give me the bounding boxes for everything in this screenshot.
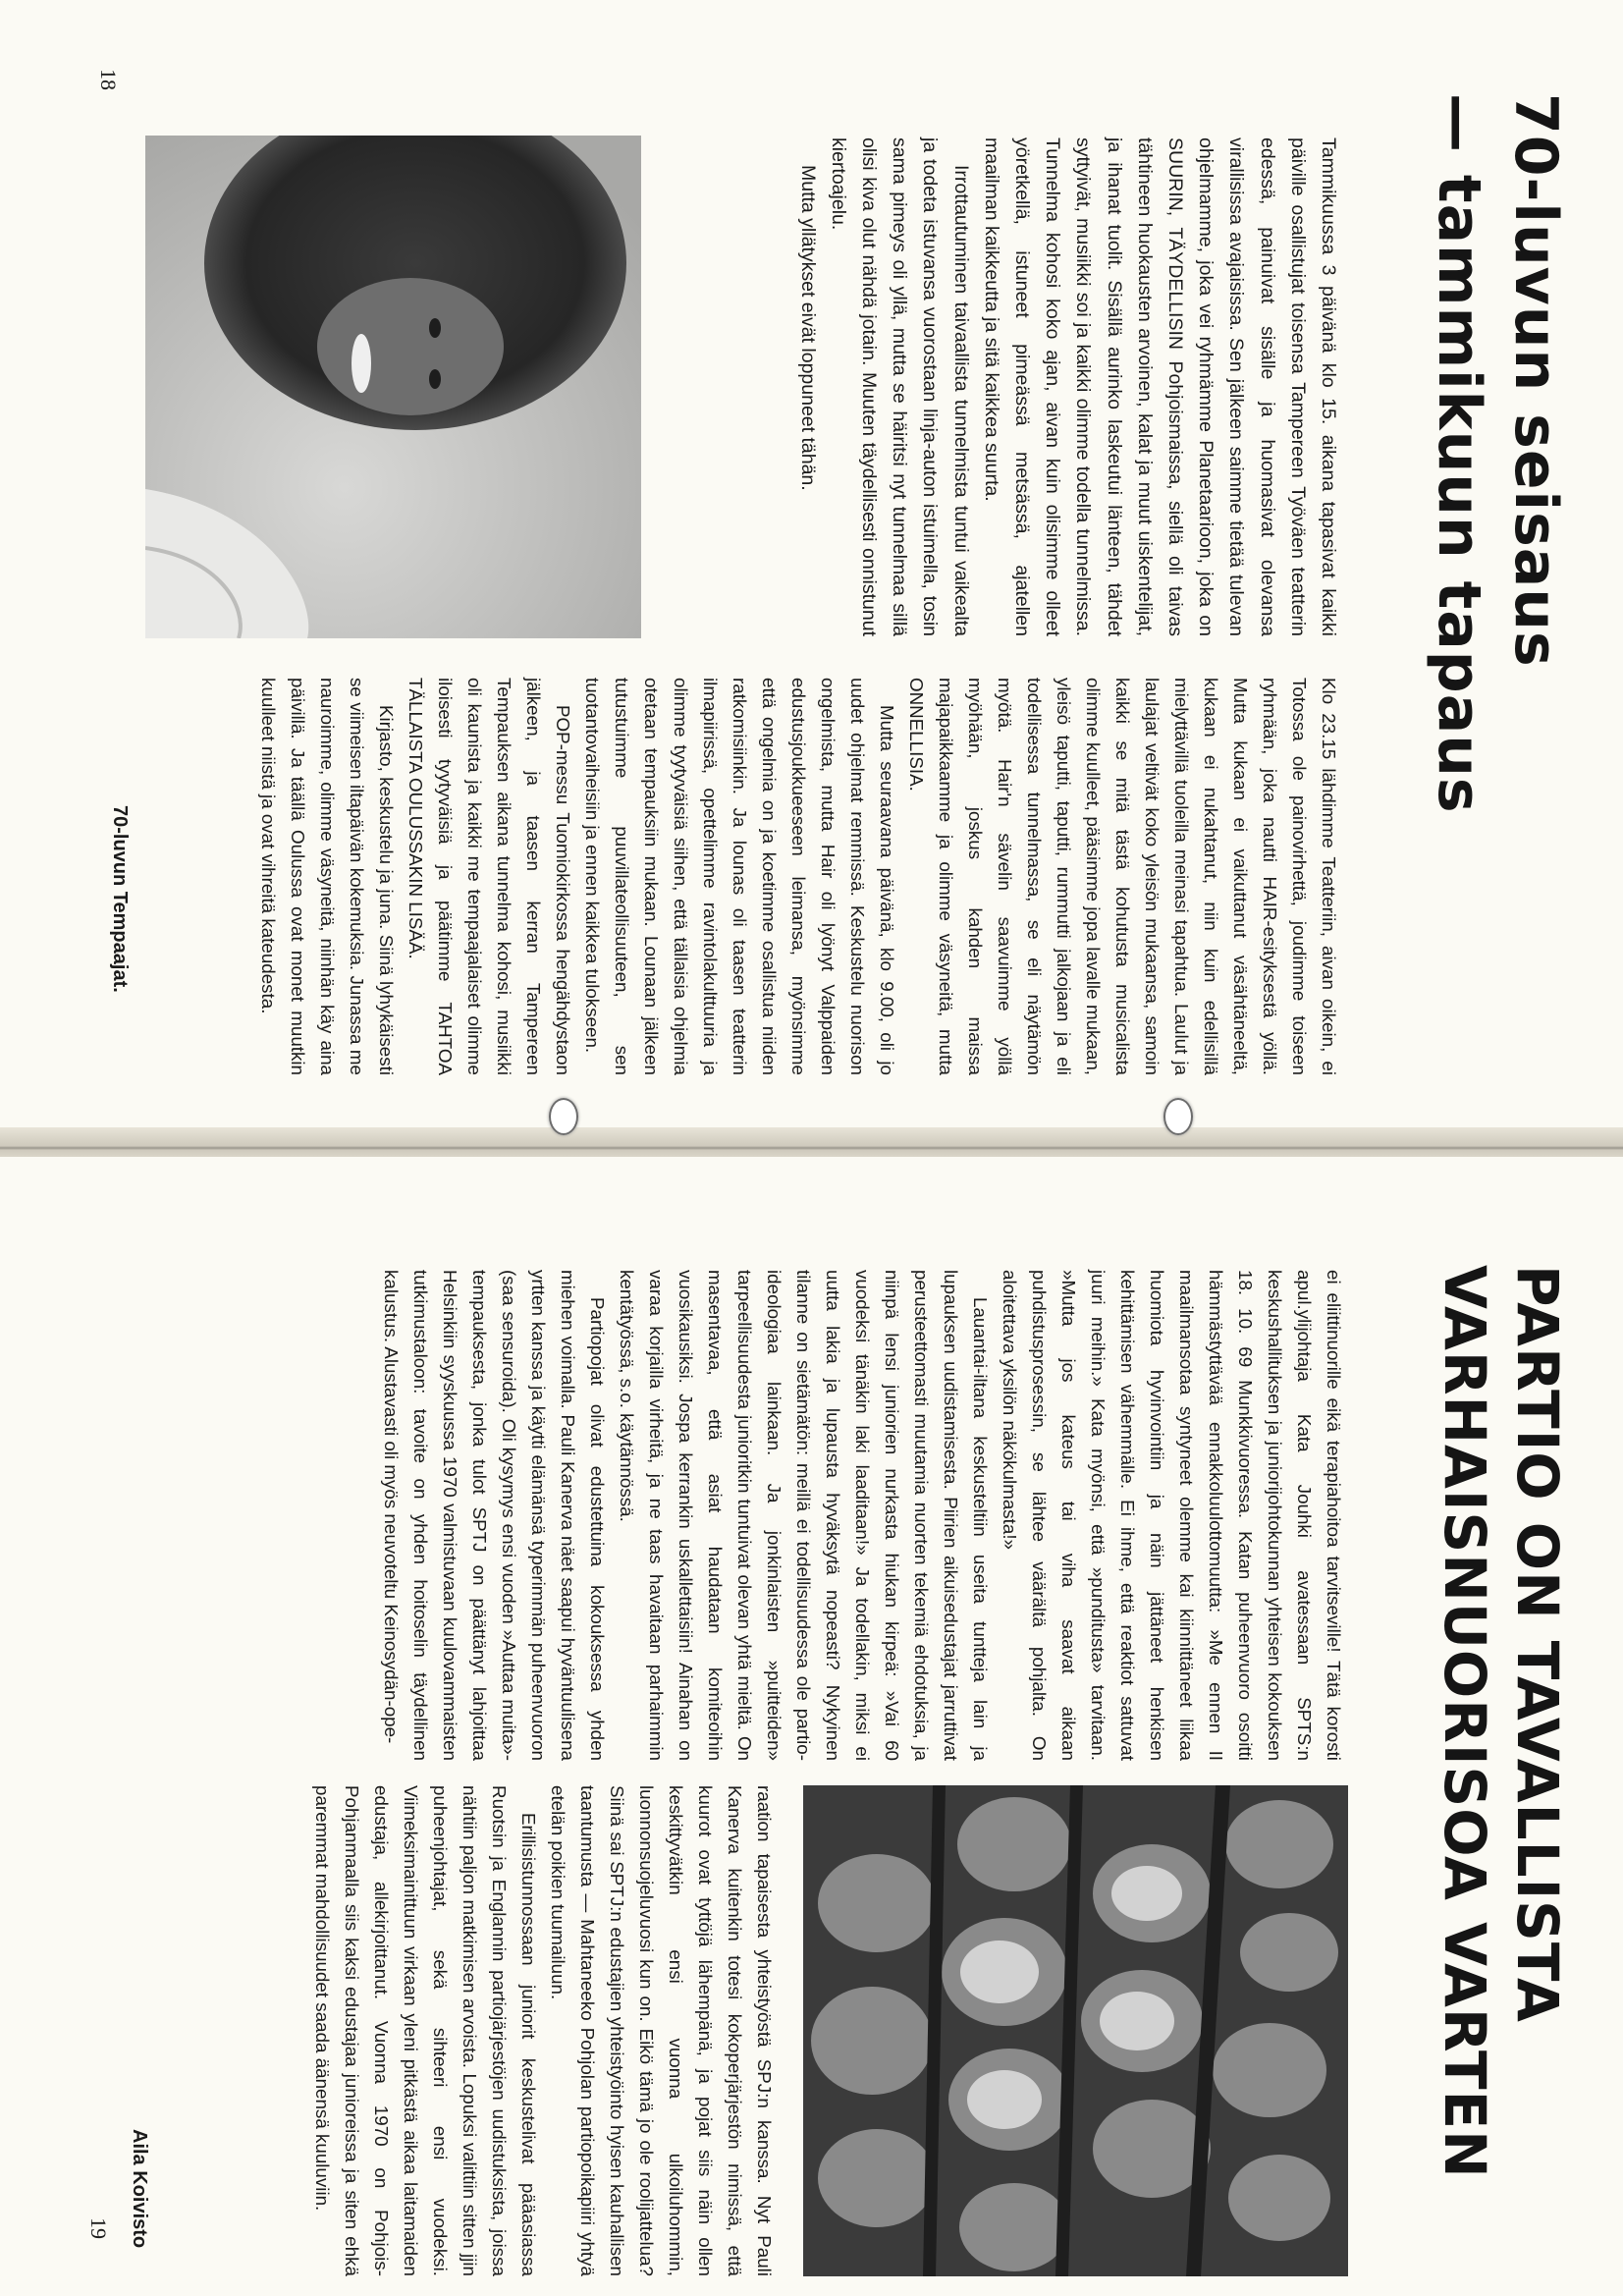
article-column-1: Tammikuussa 3 päivänä klo 15. aikana tap… — [791, 137, 1343, 636]
page-number: 19 — [85, 2217, 111, 2239]
page-19: PARTIO ON TAVALLISTA VARHAISNUORISOA VAR… — [0, 1157, 1623, 2296]
paragraph: Partiopojat olivat edustettuina kokoukse… — [376, 1270, 612, 1761]
article-column-2: raation tapaisesta yhteistyöstä SPJ:n ka… — [307, 1785, 779, 2276]
paragraph: Tammikuussa 3 päivänä klo 15. aikana tap… — [976, 137, 1343, 636]
paragraph: Irrottautuminen taivaallista tunnelmista… — [823, 137, 976, 636]
article-signature: 70-luvun Tempaajat. — [108, 805, 131, 993]
portrait-photo — [145, 136, 641, 638]
paragraph: ei eliittinuorille eikä terapiahoitoa ta… — [995, 1270, 1348, 1761]
portrait-image — [145, 136, 641, 638]
page-number: 18 — [95, 69, 121, 90]
page-18: 70-luvun seisaus — tammikuun tapaus Tamm… — [0, 0, 1623, 1139]
article-title-line1: 70-luvun seisaus — [1503, 93, 1568, 668]
paragraph: Klo 23.15 lähdimme Teatteriin, aivan oik… — [901, 678, 1343, 1075]
staple-hole — [549, 1098, 578, 1135]
article-column-1: ei eliittinuorille eikä terapiahoitoa ta… — [376, 1270, 1348, 1761]
scouts-image — [803, 1785, 1348, 2276]
paragraph: POP-messu Tuomiokirkossa hengähdystaon j… — [401, 678, 577, 1075]
paragraph: Kirjasto, keskustelu ja juna. Siinä lyhy… — [253, 678, 401, 1075]
scouts-crowd-photo — [803, 1785, 1348, 2276]
article-column-2: Klo 23.15 lähdimme Teatteriin, aivan oik… — [253, 678, 1343, 1075]
article-signature: Aila Koivisto — [128, 2129, 150, 2248]
article-title-line2: — tammikuun tapaus — [1427, 93, 1491, 814]
paragraph: raation tapaisesta yhteistyöstä SPJ:n ka… — [543, 1785, 779, 2276]
paragraph: Lauantai-iltana keskusteltiin useita tun… — [612, 1270, 995, 1761]
article-title-line2: VARHAISNUORISOA VARTEN — [1434, 1265, 1495, 2179]
staple-hole — [1163, 1098, 1193, 1135]
magazine-spread: 70-luvun seisaus — tammikuun tapaus Tamm… — [0, 0, 1623, 2296]
paragraph: Mutta yllätykset eivät loppuneet tähän. — [791, 137, 822, 636]
paragraph: Mutta seuraavana päivänä, klo 9.00, oli … — [577, 678, 901, 1075]
paragraph: Erillisistunnossaan juniorit keskusteliv… — [307, 1785, 543, 2276]
article-title-line1: PARTIO ON TAVALLISTA — [1507, 1265, 1568, 2023]
